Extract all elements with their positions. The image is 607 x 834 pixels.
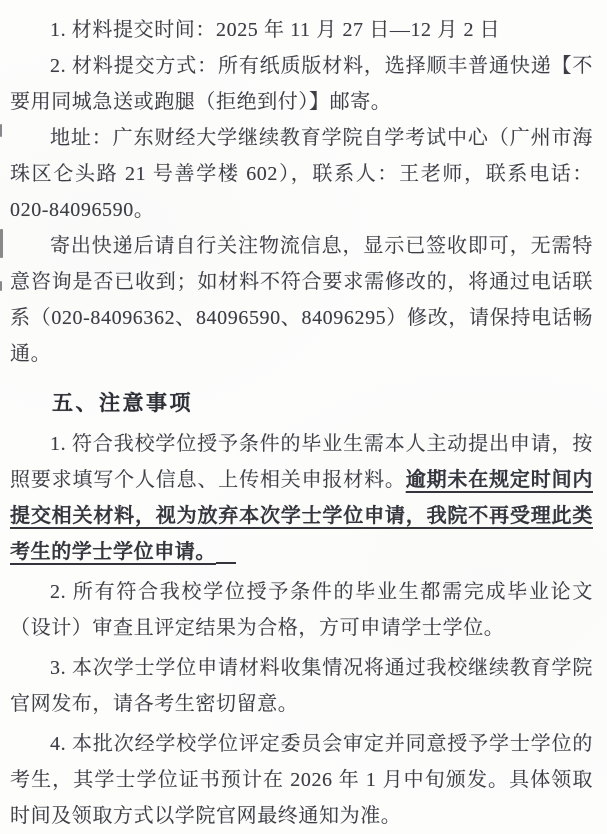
scan-edge-artifact (0, 281, 2, 291)
paragraph-note-2: 2. 所有符合我校学位授予条件的毕业生都需完成毕业论文（设计）审查且评定结果为合… (10, 574, 593, 646)
section-heading-notes: 五、注意事项 (10, 386, 593, 422)
paragraph-note-4: 4. 本批次经学校学位评定委员会审定并同意授予学士学位的考生，其学士学位证书预计… (10, 726, 593, 834)
paragraph-note-3: 3. 本次学士学位申请材料收集情况将通过我校继续教育学院官网发布，请各考生密切留… (10, 650, 593, 722)
scanned-document-page: 1. 材料提交时间：2025 年 11 月 27 日—12 月 2 日 2. 材… (0, 0, 607, 834)
paragraph-submission-method: 2. 材料提交方式：所有纸质版材料，选择顺丰普通快递【不要用同城急送或跑腿（拒绝… (10, 48, 593, 120)
document-body: 1. 材料提交时间：2025 年 11 月 27 日—12 月 2 日 2. 材… (0, 0, 607, 834)
paragraph-note-1: 1. 符合我校学位授予条件的毕业生需本人主动提出申请，按照要求填写个人信息、上传… (10, 426, 593, 570)
scan-edge-artifact (0, 229, 3, 258)
scan-edge-artifact (0, 124, 2, 137)
paragraph-mailing-address: 地址：广东财经大学继续教育学院自学考试中心（广州市海珠区仑头路 21 号善学楼 … (10, 120, 593, 228)
paragraph-logistics-notice: 寄出快递后请自行关注物流信息，显示已签收即可，无需特意咨询是否已收到；如材料不符… (10, 228, 593, 372)
paragraph-submission-time: 1. 材料提交时间：2025 年 11 月 27 日—12 月 2 日 (10, 12, 593, 48)
